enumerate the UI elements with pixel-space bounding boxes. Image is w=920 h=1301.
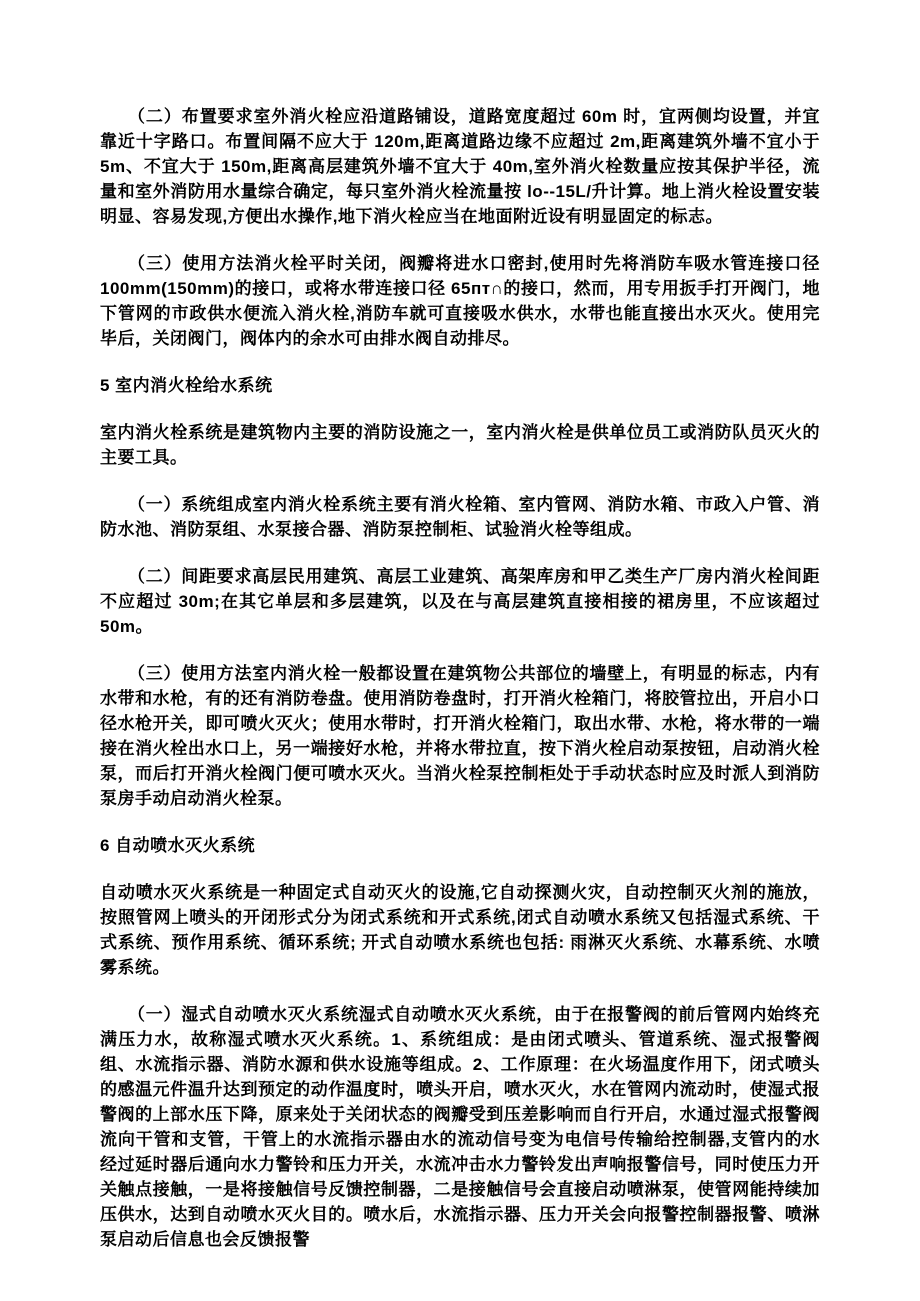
paragraph-indoor-spacing-requirements: （二）间距要求高层民用建筑、高层工业建筑、高架库房和甲乙类生产厂房内消火栓间距不…: [100, 564, 820, 639]
paragraph-sprinkler-intro: 自动喷水灭火系统是一种固定式自动灭火的设施,它自动探测火灾，自动控制灭火剂的施放…: [100, 880, 820, 980]
heading-indoor-hydrant-system: 5 室内消火栓给水系统: [100, 373, 820, 398]
paragraph-outdoor-hydrant-layout: （二）布置要求室外消火栓应沿道路铺设，道路宽度超过 60m 时，宜两侧均设置，并…: [100, 104, 820, 229]
document-page: （二）布置要求室外消火栓应沿道路铺设，道路宽度超过 60m 时，宜两侧均设置，并…: [0, 0, 920, 1301]
heading-sprinkler-system: 6 自动喷水灭火系统: [100, 833, 820, 858]
paragraph-indoor-system-composition: （一）系统组成室内消火栓系统主要有消火栓箱、室内管网、消防水箱、市政入户管、消防…: [100, 492, 820, 542]
paragraph-indoor-hydrant-usage: （三）使用方法室内消火栓一般都设置在建筑物公共部位的墙壁上，有明显的标志，内有水…: [100, 661, 820, 811]
paragraph-outdoor-hydrant-usage: （三）使用方法消火栓平时关闭，阀瓣将进水口密封,使用时先将消防车吸水管连接口径1…: [100, 251, 820, 351]
paragraph-wet-sprinkler-system: （一）湿式自动喷水灭火系统湿式自动喷水灭火系统，由于在报警阀的前后管网内始终充满…: [100, 1002, 820, 1252]
paragraph-indoor-hydrant-intro: 室内消火栓系统是建筑物内主要的消防设施之一，室内消火栓是供单位员工或消防队员灭火…: [100, 420, 820, 470]
